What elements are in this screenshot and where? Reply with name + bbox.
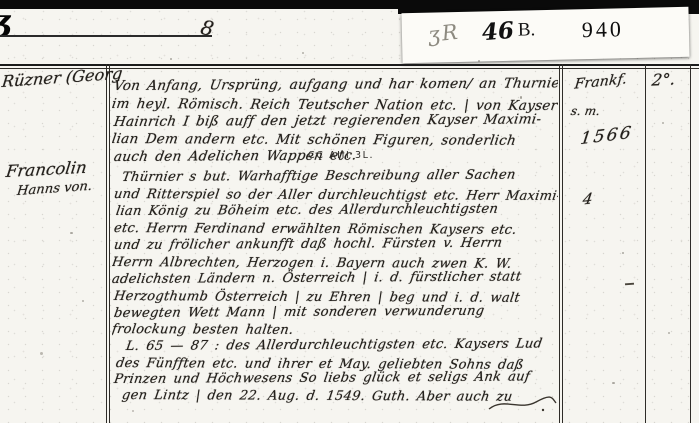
- stamp-handwritten-number: 46: [481, 17, 515, 46]
- entry-name-ruzner: Rüzner (Georg: [1, 64, 124, 91]
- manuscript-line: Von Anfang, Ursprüng, aufgang und har ko…: [113, 75, 558, 94]
- imprint-year: 1566: [579, 123, 634, 149]
- noise-speck: [70, 232, 73, 234]
- top-left-rule: [0, 35, 212, 37]
- noise-speck: [82, 300, 84, 302]
- format-value: 2°.: [651, 69, 677, 89]
- noise-speck: [40, 352, 43, 355]
- noise-speck: [170, 58, 172, 60]
- entry-name-francolin: Francolin: [5, 158, 88, 181]
- entry-count: 4: [582, 189, 594, 208]
- format-column: 2°.: [645, 64, 690, 423]
- table-rule-place-column-outer: [559, 64, 560, 423]
- imprint-column: Frankf. s. m. 1566 4: [563, 64, 645, 423]
- table-rule-name-column-inner: [109, 64, 110, 423]
- shelfmark-stamp: ʒR 46 B. 940: [401, 7, 689, 63]
- imprint-note: s. m.: [570, 104, 601, 118]
- manuscript-line: Thürnier s but. Warhafftige Beschreibung…: [121, 168, 517, 185]
- manuscript-line: L. 65 — 87 : des Allerdurchleuchtigsten …: [125, 336, 544, 354]
- table-rule-name-column-outer: [106, 64, 107, 423]
- pen-flourish: [486, 394, 560, 414]
- manuscript-line: frolockung besten halten.: [112, 322, 294, 338]
- noise-speck: [662, 122, 664, 124]
- noise-speck: [302, 52, 304, 54]
- entry-name-francolin-line2: Hanns von.: [16, 179, 93, 199]
- noise-speck: [132, 410, 134, 412]
- name-column: Rüzner (Georg Francolin Hanns von.: [0, 64, 106, 423]
- imprint-place: Frankf.: [574, 71, 628, 92]
- manuscript-line: bewegten Wett Mann | mit sonderen verwun…: [113, 304, 486, 321]
- manuscript-line: adelichsten Ländern n. Österreich | i. d…: [112, 270, 522, 287]
- noise-speck: [612, 382, 615, 384]
- description-column: Von Anfang, Ursprüng, aufgang und har ko…: [112, 64, 558, 423]
- stamp-number: 940: [582, 16, 625, 43]
- manuscript-line: lian Dem andern etc. Mit schönen Figuren…: [112, 131, 517, 149]
- scanned-register-page: ʒ ʒR 46 B. 940 8 Rüzner (Georg Francolin…: [0, 0, 699, 423]
- noise-speck: [622, 252, 624, 254]
- noise-speck: [478, 60, 480, 62]
- manuscript-line: und zu frölicher ankunfft daß hochl. Für…: [113, 236, 503, 253]
- catalog-reference-mark: CC AIII 3L.: [308, 150, 374, 161]
- manuscript-line: gen Lintz | den 22. Aug. d. 1549. Guth. …: [121, 388, 514, 405]
- noise-speck: [668, 332, 670, 334]
- manuscript-line: lian König zu Böheim etc. des Allerdurch…: [115, 202, 499, 219]
- noise-speck: [520, 96, 522, 99]
- table-rule-right-margin: [690, 64, 691, 423]
- ink-corner-mark: ʒ: [0, 4, 10, 39]
- stamp-letter: B.: [518, 19, 536, 41]
- stamp-prefix: ʒR: [427, 20, 461, 47]
- manuscript-line: Hainrich I biß auff den jetzt regierende…: [113, 111, 543, 130]
- manuscript-line: Prinzen und Höchwesens So liebs glück et…: [113, 369, 531, 387]
- top-left-flourish: 8: [199, 15, 216, 41]
